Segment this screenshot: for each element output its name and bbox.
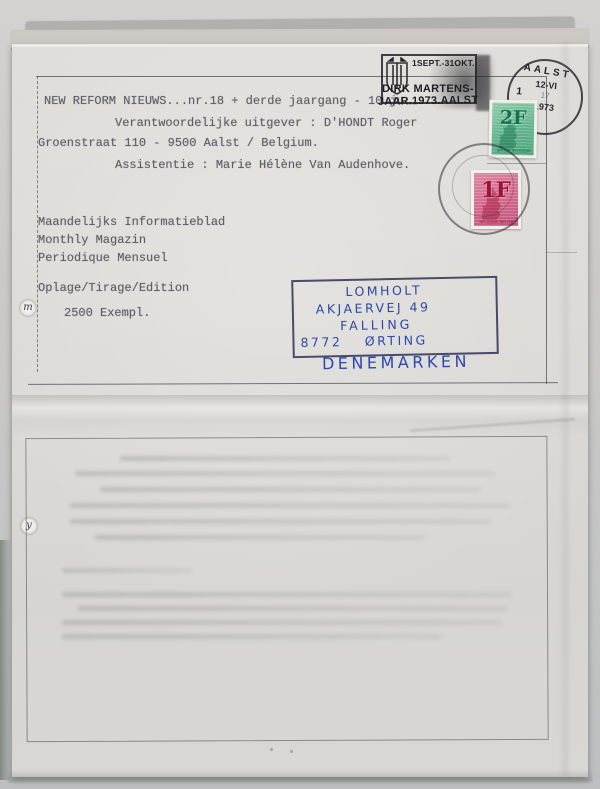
bottom-edge-shadow	[8, 770, 592, 782]
address-name: LOMHOLT	[345, 281, 495, 300]
assistant-line: Assistentie : Marie Hélène Van Audenhove…	[115, 158, 410, 172]
address-country: DENEMARKEN	[322, 352, 470, 374]
cancel-text-line2: JAAR.1973.AALST	[378, 94, 478, 108]
publisher-address-line: Groenstraat 110 - 9500 Aalst / Belgium.	[38, 136, 319, 150]
bleedthrough-text-ghost	[62, 568, 192, 573]
faint-ink-dot	[290, 750, 293, 753]
bleedthrough-text-ghost	[70, 503, 510, 508]
horizontal-fold-crease	[12, 395, 588, 437]
circulation-value: 2500 Exempl.	[64, 306, 150, 320]
publication-type-nl: Maandelijks Informatieblad	[38, 215, 225, 229]
bleedthrough-text-ghost	[70, 519, 490, 524]
bleedthrough-text-ghost	[78, 606, 508, 611]
bleedthrough-text-ghost	[95, 535, 425, 540]
publisher-line: Verantwoordelijke uitgever : D'HONDT Rog…	[115, 116, 417, 130]
newsletter-title-line: NEW REFORM NIEUWS...nr.18 + derde jaarga…	[44, 94, 404, 108]
photo-of-newsletter-cover: NEW REFORM NIEUWS...nr.18 + derde jaarga…	[0, 0, 600, 789]
datestamp-office-index: 1	[516, 86, 523, 98]
right-edge-shadow	[560, 44, 568, 777]
bleedthrough-text-ghost	[120, 456, 450, 461]
bleedthrough-text-ghost	[62, 620, 502, 625]
punch-hole-annotation-upper: m	[20, 300, 36, 316]
circulation-label: Oplage/Tirage/Edition	[38, 281, 189, 295]
address-postcode-city: 8772 ØRTING	[300, 331, 496, 351]
datestamp-inner-ring	[452, 155, 514, 217]
publication-type-fr: Periodique Mensuel	[38, 251, 168, 265]
publication-type-en: Monthly Magazin	[38, 233, 146, 247]
photo-background-shadow	[0, 540, 12, 780]
faint-ink-dot	[270, 748, 273, 751]
bleedthrough-text-ghost	[100, 487, 480, 492]
paper-edge-highlight	[12, 44, 588, 47]
bleedthrough-text-ghost	[62, 592, 512, 597]
stamp-denomination: 2F	[492, 107, 534, 130]
bleedthrough-text-ghost	[75, 471, 495, 476]
cancel-text-line1: DIRK MARTENS-	[382, 83, 474, 95]
lower-panel-frame	[25, 436, 548, 742]
address-box: LOMHOLT AKJAERVEJ 49 FALLING 8772 ØRTING	[291, 276, 499, 358]
cancel-period-text: 1SEPT.-31OKT.	[412, 58, 475, 68]
bleedthrough-text-ghost	[62, 634, 442, 639]
